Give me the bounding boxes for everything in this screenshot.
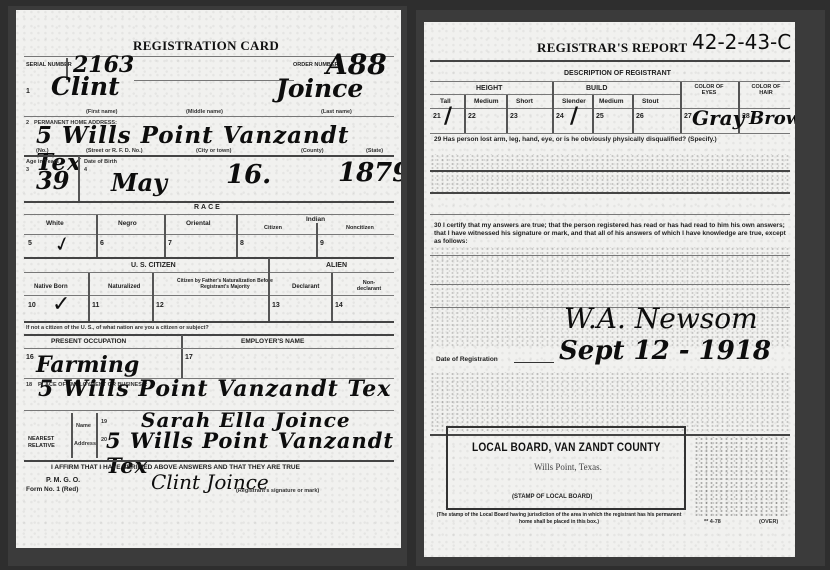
- divider: [24, 295, 394, 296]
- divider: [152, 273, 154, 321]
- field-number: 3: [26, 167, 29, 173]
- first-name: Clint: [51, 72, 120, 101]
- signature-label: (Registrant's signature or mark): [236, 488, 319, 494]
- field-number: 6: [100, 240, 104, 247]
- report-title: REGISTRAR'S REPORT: [537, 40, 688, 56]
- field-number: 26: [636, 113, 644, 120]
- divider: [632, 95, 634, 133]
- divider: [316, 223, 318, 257]
- height-col-medium: Medium: [474, 98, 499, 105]
- occupation-label: PRESENT OCCUPATION: [51, 338, 126, 345]
- divider: [514, 362, 554, 363]
- divider: [430, 60, 790, 62]
- stamp-line1: LOCAL BOARD, VAN ZANDT COUNTY: [472, 442, 661, 454]
- dob-year: 1879: [338, 158, 401, 188]
- report-code: 42-2-43-C: [692, 30, 791, 54]
- divider: [24, 257, 394, 259]
- divider: [430, 170, 790, 172]
- address-sublabel: (State): [366, 148, 383, 154]
- divider: [24, 214, 394, 215]
- address-sublabel: (No.): [36, 148, 49, 154]
- field-number: 9: [320, 240, 324, 247]
- divider: [592, 95, 594, 133]
- citizen-col-naturalized: Naturalized: [108, 284, 140, 290]
- divider: [71, 413, 73, 458]
- citizen-col-native-born: Native Born: [34, 284, 68, 290]
- divider: [430, 94, 680, 95]
- last-name-label: (Last name): [321, 109, 352, 115]
- paper-noise: [430, 372, 790, 432]
- divider: [24, 348, 394, 349]
- us-citizen-header: U. S. CITIZEN: [131, 262, 176, 269]
- stamp-note: (The stamp of the Local Board having jur…: [434, 512, 684, 525]
- eye-color: Gray: [692, 106, 744, 130]
- address-sublabel: (County): [301, 148, 324, 154]
- stamp-caption: (STAMP OF LOCAL BOARD): [512, 494, 592, 500]
- q30-text: 30 I certify that my answers are true; t…: [434, 222, 789, 246]
- checkmark-icon: /: [444, 104, 452, 129]
- hair-color-header: COLOR OF HAIR: [746, 84, 786, 96]
- field-number: 22: [468, 113, 476, 120]
- divider: [430, 192, 790, 194]
- divider: [96, 215, 98, 257]
- registrar-signature: W.A. Newsom: [564, 302, 758, 335]
- divider: [24, 460, 394, 462]
- divider: [96, 413, 98, 458]
- divider: [331, 273, 333, 321]
- race-col-oriental: Oriental: [186, 220, 211, 227]
- form-number: Form No. 1 (Red): [26, 486, 78, 493]
- field-number: 23: [510, 113, 518, 120]
- field-number: 24: [556, 113, 564, 120]
- stamp-line2: Wills Point, Texas.: [534, 462, 602, 472]
- divider: [24, 321, 394, 323]
- divider: [24, 234, 394, 235]
- place-of-employment: 5 Wills Point Vanzandt Tex: [38, 376, 391, 402]
- order-number-label: ORDER NUMBER: [293, 62, 323, 68]
- q15-label: If not a citizen of the U. S., of what n…: [26, 325, 209, 331]
- registration-card: REGISTRATION CARD SERIAL NUMBER 2163 ORD…: [16, 10, 401, 548]
- age-label: Age in Years: [26, 159, 59, 165]
- registrars-report: REGISTRAR'S REPORT 42-2-43-C DESCRIPTION…: [424, 22, 795, 557]
- field-number: 14: [335, 302, 343, 309]
- dob-label: Date of Birth: [84, 159, 117, 165]
- field-number: 12: [156, 302, 164, 309]
- race-indian-noncitizen: Noncitizen: [346, 225, 374, 231]
- field-number: 2: [26, 120, 29, 126]
- field-number: 5: [28, 240, 32, 247]
- checkmark-icon: /: [570, 104, 578, 129]
- field-number: 21: [433, 113, 441, 120]
- build-col-medium: Medium: [599, 98, 624, 105]
- race-col-negro: Negro: [118, 220, 137, 227]
- footer-code: ** 4-78: [704, 519, 721, 525]
- dob-day: 16.: [226, 160, 271, 190]
- hair-color: Brown: [749, 108, 795, 129]
- first-name-label: (First name): [86, 109, 117, 115]
- field-number: 7: [168, 240, 172, 247]
- date-of-registration-label: Date of Registration: [436, 356, 498, 363]
- field-number: 13: [272, 302, 280, 309]
- divider: [236, 215, 238, 257]
- field-number: 19: [101, 419, 107, 425]
- field-number: 1: [26, 88, 30, 95]
- field-number: 8: [240, 240, 244, 247]
- race-header: RACE: [194, 204, 222, 211]
- paper-noise: [694, 437, 789, 517]
- alien-header: ALIEN: [326, 262, 347, 269]
- footer-over: (OVER): [759, 519, 778, 525]
- divider: [430, 81, 790, 82]
- divider: [24, 272, 394, 273]
- address-sublabel: (Street or R. F. D. No.): [86, 148, 143, 154]
- field-number: 16: [26, 354, 34, 361]
- divider: [78, 156, 80, 201]
- relative-name-label: Name: [76, 423, 91, 429]
- race-col-indian: Indian: [306, 216, 325, 223]
- address-sublabel: (City or town): [196, 148, 231, 154]
- divider: [268, 258, 270, 321]
- date-of-registration: Sept 12 - 1918: [559, 336, 771, 366]
- height-header: HEIGHT: [476, 85, 502, 92]
- race-col-white: White: [46, 220, 64, 227]
- divider: [430, 214, 790, 215]
- divider: [506, 95, 508, 133]
- build-col-stout: Stout: [642, 98, 659, 105]
- field-number: 17: [185, 354, 193, 361]
- height-col-short: Short: [516, 98, 533, 105]
- dob-month: May: [111, 168, 167, 197]
- age: 39: [36, 166, 69, 195]
- field-number: 18: [26, 382, 32, 388]
- divider: [24, 334, 394, 336]
- alien-col-non-declarant: Non-declarant: [354, 280, 384, 292]
- field-number: 11: [92, 302, 99, 309]
- relative-address-label: Address: [74, 441, 96, 447]
- card-title: REGISTRATION CARD: [133, 38, 279, 54]
- divider: [680, 82, 682, 133]
- q29-text: 29 Has person lost arm, leg, hand, eye, …: [434, 136, 789, 144]
- paper-noise: [430, 154, 790, 192]
- race-indian-citizen: Citizen: [264, 225, 282, 231]
- serial-number-label: SERIAL NUMBER: [26, 62, 66, 68]
- divider: [24, 201, 394, 203]
- occupation: Farming: [36, 352, 139, 378]
- field-number: 27: [684, 113, 692, 120]
- divider: [88, 273, 90, 321]
- field-number: 10: [28, 302, 36, 309]
- divider: [164, 215, 166, 257]
- description-header: DESCRIPTION OF REGISTRANT: [564, 70, 671, 77]
- divider: [430, 255, 790, 256]
- alien-col-declarant: Declarant: [292, 284, 319, 290]
- divider: [181, 335, 183, 378]
- middle-name-label: (Middle name): [186, 109, 223, 115]
- divider: [134, 80, 294, 81]
- citizen-col-by-father: Citizen by Father's Naturalization Befor…: [171, 278, 279, 290]
- divider: [464, 95, 466, 133]
- divider: [552, 82, 554, 133]
- build-header: BUILD: [586, 85, 607, 92]
- divider: [24, 116, 394, 117]
- form-id: P. M. G. O.: [46, 477, 80, 484]
- divider: [430, 284, 790, 285]
- divider: [430, 133, 790, 134]
- checkmark-icon: ✓: [52, 292, 70, 317]
- nearest-relative-label: NEAREST RELATIVE: [28, 436, 68, 450]
- field-number: 25: [596, 113, 604, 120]
- field-number: 4: [84, 167, 87, 173]
- last-name: Joince: [276, 74, 363, 103]
- eye-color-header: COLOR OF EYES: [689, 84, 729, 96]
- divider: [24, 155, 394, 157]
- employer-label: EMPLOYER'S NAME: [241, 338, 304, 345]
